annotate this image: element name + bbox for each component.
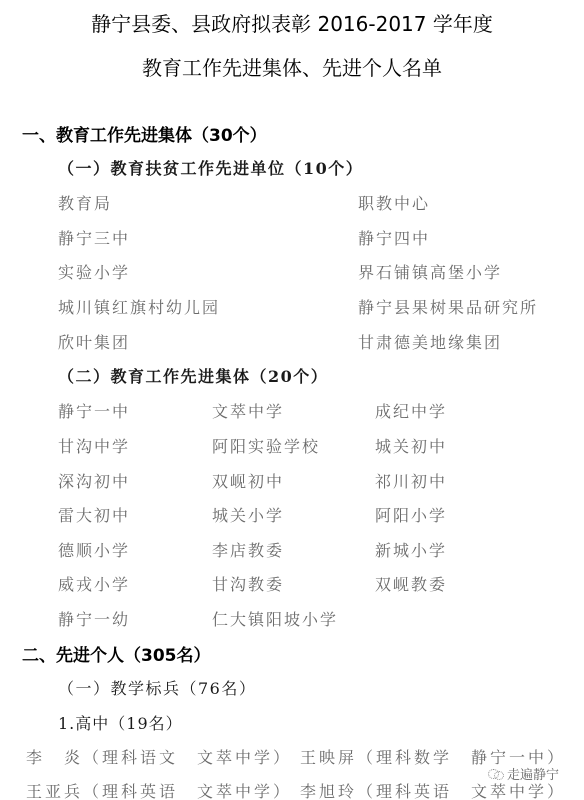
list-item: 双岘教委 bbox=[375, 572, 447, 595]
document-title-line2: 教育工作先进集体、先进个人名单 bbox=[0, 52, 584, 81]
section2-heading: 二、先进个人（305名） bbox=[22, 641, 211, 666]
list-item: 威戎小学 bbox=[58, 572, 130, 595]
list-item: 静宁一中 bbox=[58, 399, 130, 422]
list-item: 祁川初中 bbox=[375, 469, 447, 492]
list-item: 界石铺镇高堡小学 bbox=[358, 260, 502, 283]
document-title-line1: 静宁县委、县政府拟表彰 2016-2017 学年度 bbox=[0, 8, 584, 37]
section2-group1-heading: 1.高中（19名） bbox=[58, 711, 183, 734]
list-item: 新城小学 bbox=[375, 538, 447, 561]
section2-sub1-heading: （一）教学标兵（76名） bbox=[58, 676, 256, 699]
section1-heading: 一、教育工作先进集体（30个） bbox=[22, 121, 267, 146]
list-item: 静宁县果树果品研究所 bbox=[358, 295, 538, 318]
list-item: 静宁三中 bbox=[58, 226, 130, 249]
person-entry: 王亚兵（理科英语 文萃中学） bbox=[26, 779, 292, 800]
list-item: 欣叶集团 bbox=[58, 330, 130, 353]
list-item: 甘沟中学 bbox=[58, 434, 130, 457]
list-item: 雷大初中 bbox=[58, 503, 130, 526]
list-item: 甘肃德美地缘集团 bbox=[358, 330, 502, 353]
list-item: 文萃中学 bbox=[212, 399, 284, 422]
list-item: 德顺小学 bbox=[58, 538, 130, 561]
list-item: 职教中心 bbox=[358, 191, 430, 214]
list-item: 城川镇红旗村幼儿园 bbox=[58, 295, 220, 318]
section1-sub2-heading: （二）教育工作先进集体（20个） bbox=[58, 364, 328, 387]
list-item: 李店教委 bbox=[212, 538, 284, 561]
list-item: 实验小学 bbox=[58, 260, 130, 283]
list-item: 教育局 bbox=[58, 191, 112, 214]
watermark: 走遍静宁 bbox=[486, 764, 561, 783]
list-item: 仁大镇阳坡小学 bbox=[212, 607, 338, 630]
section1-sub1-heading: （一）教育扶贫工作先进单位（10个） bbox=[58, 156, 363, 179]
list-item: 静宁四中 bbox=[358, 226, 430, 249]
list-item: 阿阳实验学校 bbox=[212, 434, 320, 457]
list-item: 城关小学 bbox=[212, 503, 284, 526]
watermark-text: 走遍静宁 bbox=[507, 764, 559, 783]
list-item: 静宁一幼 bbox=[58, 607, 130, 630]
list-item: 深沟初中 bbox=[58, 469, 130, 492]
list-item: 城关初中 bbox=[375, 434, 447, 457]
list-item: 甘沟教委 bbox=[212, 572, 284, 595]
list-item: 成纪中学 bbox=[375, 399, 447, 422]
wechat-icon bbox=[488, 768, 504, 780]
list-item: 阿阳小学 bbox=[375, 503, 447, 526]
list-item: 双岘初中 bbox=[212, 469, 284, 492]
person-entry: 李 炎（理科语文 文萃中学） bbox=[26, 745, 292, 768]
